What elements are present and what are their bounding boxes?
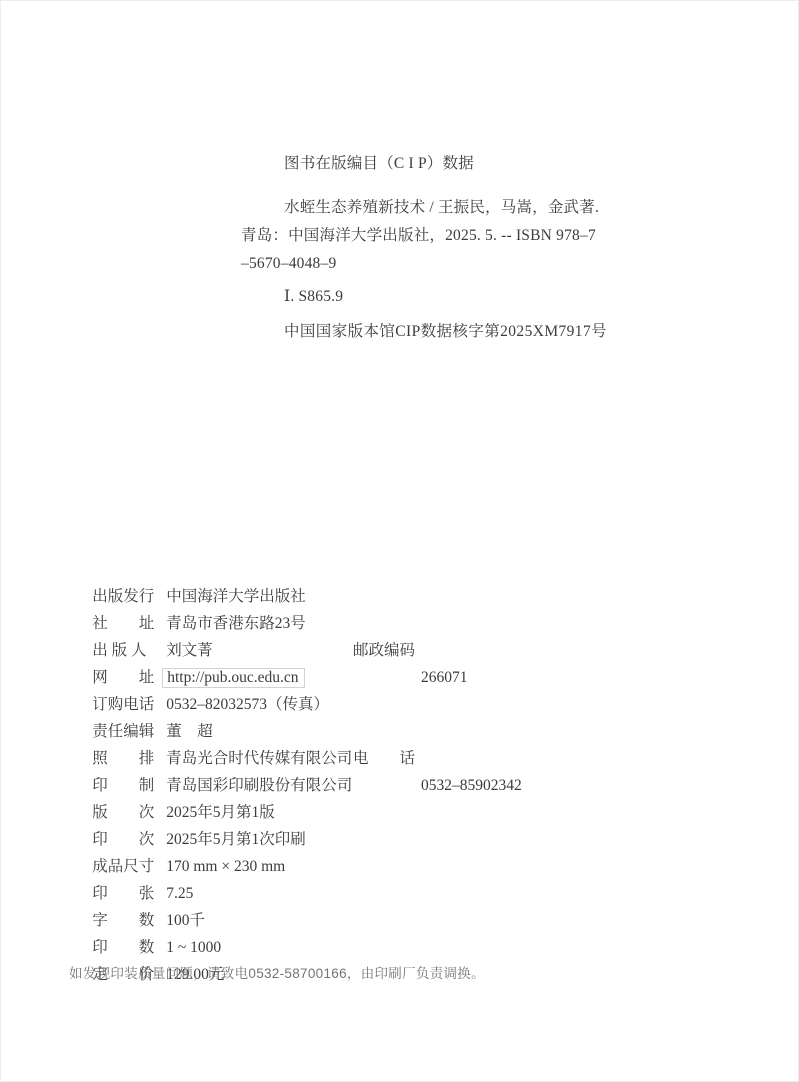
colophon-row: 订购电话0532–82032573（传真） (69, 664, 749, 691)
cip-classification-code: Ⅰ. S865.9 (241, 289, 581, 305)
colophon-row: 印 制青岛国彩印刷股份有限公司 (69, 745, 749, 772)
colophon-row: 出 版 人刘文菁 (69, 610, 749, 637)
cip-publisher-isbn-line: 青岛：中国海洋大学出版社，2025. 5. -- ISBN 978–7 (241, 228, 581, 244)
colophon-row: 网 址http://pub.ouc.edu.cn (69, 637, 749, 664)
quality-note: 如发现印装质量问题，请致电0532-58700166，由印刷厂负责调换。 (69, 962, 485, 982)
cip-record-number: 中国国家版本馆CIP数据核字第2025XM7917号 (241, 324, 581, 340)
colophon-row: 印 次2025年5月第1次印刷 (69, 799, 749, 826)
colophon-row: 版 次2025年5月第1版 (69, 772, 749, 799)
colophon-table: 出版发行中国海洋大学出版社 社 址青岛市香港东路23号 邮政编码 266071 … (69, 556, 749, 961)
colophon-row: 印 数1 ~ 1000 (69, 907, 749, 934)
cip-title-authors-line: 水蛭生态养殖新技术 / 王振民，马嵩，金武著. (241, 200, 581, 216)
colophon-row: 出版发行中国海洋大学出版社 (69, 556, 749, 583)
cip-heading: 图书在版编目（C I P）数据 (241, 156, 581, 172)
colophon-row: 成品尺寸170 mm × 230 mm (69, 826, 749, 853)
colophon-row: 照 排青岛光合时代传媒有限公司 (69, 718, 749, 745)
cip-isbn-continuation-line: –5670–4048–9 (241, 256, 581, 272)
cip-data-block: 图书在版编目（C I P）数据 水蛭生态养殖新技术 / 王振民，马嵩，金武著. … (241, 156, 581, 340)
colophon-row: 定 价129.00元 (69, 934, 749, 961)
copyright-page: 图书在版编目（C I P）数据 水蛭生态养殖新技术 / 王振民，马嵩，金武著. … (0, 0, 799, 1082)
colophon-row: 印 张7.25 (69, 853, 749, 880)
colophon-row: 社 址青岛市香港东路23号 邮政编码 266071 (69, 583, 749, 610)
colophon-row: 责任编辑董 超 电 话 0532–85902342 (69, 691, 749, 718)
colophon-row: 字 数100千 (69, 880, 749, 907)
